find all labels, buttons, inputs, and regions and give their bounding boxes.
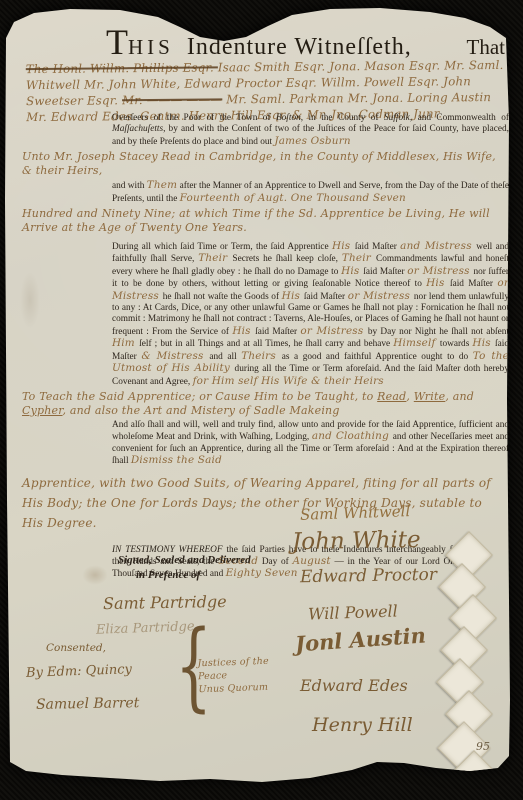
handwritten-text: His (472, 337, 495, 349)
signature-will-powell: Will Powell (308, 601, 398, 623)
signature-edward-proctor: Edward Proctor (300, 565, 437, 587)
underlined-handwritten-text: Cypher (22, 404, 63, 417)
signature-edm-quincy: By Edm: Quincy (26, 662, 132, 681)
handwritten-text: , and also the Art and Mistery of Sadle … (63, 404, 340, 417)
printed-text: , in the County of (301, 113, 384, 123)
printed-text: ſaid Maſter (355, 242, 400, 252)
printed-text: During all which ſaid Time or Term, the … (112, 242, 332, 252)
printed-italic-text: Suffolk (384, 113, 410, 123)
handwritten-text: and Mistress (400, 240, 476, 252)
handwritten-text: Their (342, 252, 376, 264)
photograph-background: THIS Indenture Witneſſeth, That The Honl… (0, 0, 523, 800)
signature-henry-hill: Henry Hill (312, 714, 413, 736)
printed-text: ſaid Maſter (255, 327, 300, 337)
handwritten-text: To Teach the Said Apprentice; or Cause H… (22, 390, 377, 403)
printed-text: towards (440, 339, 473, 349)
witness-caption-line2: in Preſence of (136, 568, 251, 583)
printed-text: , and Commonwealth of (410, 113, 509, 123)
handwritten-text: His (426, 277, 450, 289)
covenants-paragraph: During all which ſaid Time or Term, the … (112, 241, 509, 388)
printed-text: by Day nor Night he ſhall not abſent (368, 327, 509, 337)
provision-paragraph: And alſo ſhall and will, well and truly … (112, 420, 509, 468)
page-number: 95 (476, 740, 490, 753)
paper-shadow: THIS Indenture Witneſſeth, That The Honl… (0, 0, 523, 800)
handwritten-text: Unto Mr. Joseph Stacey Read in Cambridge… (22, 150, 496, 177)
witness-caption-line1: Signed, Sealed and Delivered (118, 553, 251, 568)
printed-text: Overſeers of the Poor of the Town of (112, 113, 276, 123)
handwritten-text: Him (112, 337, 139, 349)
document-title: THIS Indenture Witneſſeth, That (106, 24, 511, 61)
handwritten-text: Theirs (241, 350, 281, 362)
handwritten-text: His (332, 240, 355, 252)
printed-italic-text: Boſton (276, 113, 301, 123)
printed-text: ſaid Maſter (304, 292, 348, 302)
signature-jonl-austin: Jonl Austin (294, 622, 426, 656)
struck-handwritten-text: Mr. ——— ——— (122, 92, 222, 107)
body-text: Overſeers of the Poor of the Town of Boſ… (22, 113, 509, 581)
handwritten-text: and Cloathing (312, 430, 393, 442)
printed-text: as a good and faithful Apprentice ought … (282, 352, 473, 362)
struck-handwritten-text: The Honl. Willm. Phillips Esqr. (26, 60, 218, 76)
title-indenture-witnesseth: Indenture Witneſſeth, (187, 34, 412, 61)
handwritten-text: & Mistress (141, 350, 209, 362)
consented-note: Consented, (46, 642, 106, 654)
printed-text: ſaid Maſter (363, 267, 407, 277)
printed-text: and all (209, 352, 241, 362)
handwritten-text: James Osburn (274, 135, 350, 147)
handwritten-text: His (232, 325, 255, 337)
handwritten-text: , and (445, 390, 474, 403)
printed-text: he ſhall not waſte the Goods of (163, 292, 282, 302)
handwritten-text: Apprentice, with two Good Suits, of Wear… (22, 476, 491, 530)
handwritten-text: Dismiss the Said (131, 454, 222, 466)
indenture-document: THIS Indenture Witneſſeth, That The Honl… (0, 0, 523, 800)
handwritten-text: or Mistress (300, 325, 367, 337)
handwritten-text: , (406, 390, 413, 403)
intro-paragraph: Overſeers of the Poor of the Town of Boſ… (112, 113, 509, 148)
handwritten-text: His (341, 265, 363, 277)
term-line: Hundred and Ninety Nine; at which Time i… (22, 207, 509, 235)
handwritten-text: Them (147, 179, 177, 191)
justices-note-line3: Unus Quorum (198, 681, 270, 696)
handwritten-text: Fourteenth of Augt. One Thousand Seven (180, 192, 406, 204)
serve-paragraph: and with Them after the Manner of an App… (112, 180, 509, 205)
handwritten-text: or Mistress (348, 290, 414, 302)
printed-text: and with (112, 181, 147, 191)
handwritten-text: or Mistress (407, 265, 473, 277)
title-word-that: That (467, 35, 505, 60)
justices-note-line1: Justices of the (197, 655, 269, 670)
handwritten-text: Hundred and Ninety Nine; at which Time i… (22, 207, 490, 234)
signature-john-white: John White (292, 527, 421, 555)
printed-text: Secrets he ſhall keep cloſe, (232, 254, 341, 264)
signature-edward-edes: Edward Edes (300, 676, 408, 695)
signature-samuel-barret: Samuel Barret (36, 695, 140, 713)
title-word-this: HIS (128, 35, 174, 60)
teach-trade-line: To Teach the Said Apprentice; or Cause H… (22, 390, 509, 418)
handwritten-text: for Him self His Wife & their Heirs (193, 375, 384, 387)
handwritten-text: His (282, 290, 304, 302)
signature-saml-whitwell: Saml Whitwell (300, 502, 411, 524)
handwritten-text: Himself (393, 337, 440, 349)
witness-caption: Signed, Sealed and Delivered in Preſence… (118, 553, 251, 583)
underlined-handwritten-text: Read (377, 390, 406, 403)
handwritten-text: August (293, 555, 331, 567)
apparel-lines: Apprentice, with two Good Suits, of Wear… (22, 473, 509, 533)
justices-note: Justices of the Peace Unus Quorum (197, 655, 270, 696)
underlined-handwritten-text: Write (414, 390, 446, 403)
title-drop-cap: T (106, 24, 128, 60)
printed-italic-text: Maſſachuſetts (112, 124, 163, 134)
handwritten-text: Their (198, 252, 232, 264)
unto-line: Unto Mr. Joseph Stacey Read in Cambridge… (22, 150, 509, 178)
printed-text: ſelf ; but in all Things and at all Time… (139, 339, 393, 349)
printed-text: ſaid Maſter (450, 279, 497, 289)
printed-text: Day of (258, 557, 292, 567)
